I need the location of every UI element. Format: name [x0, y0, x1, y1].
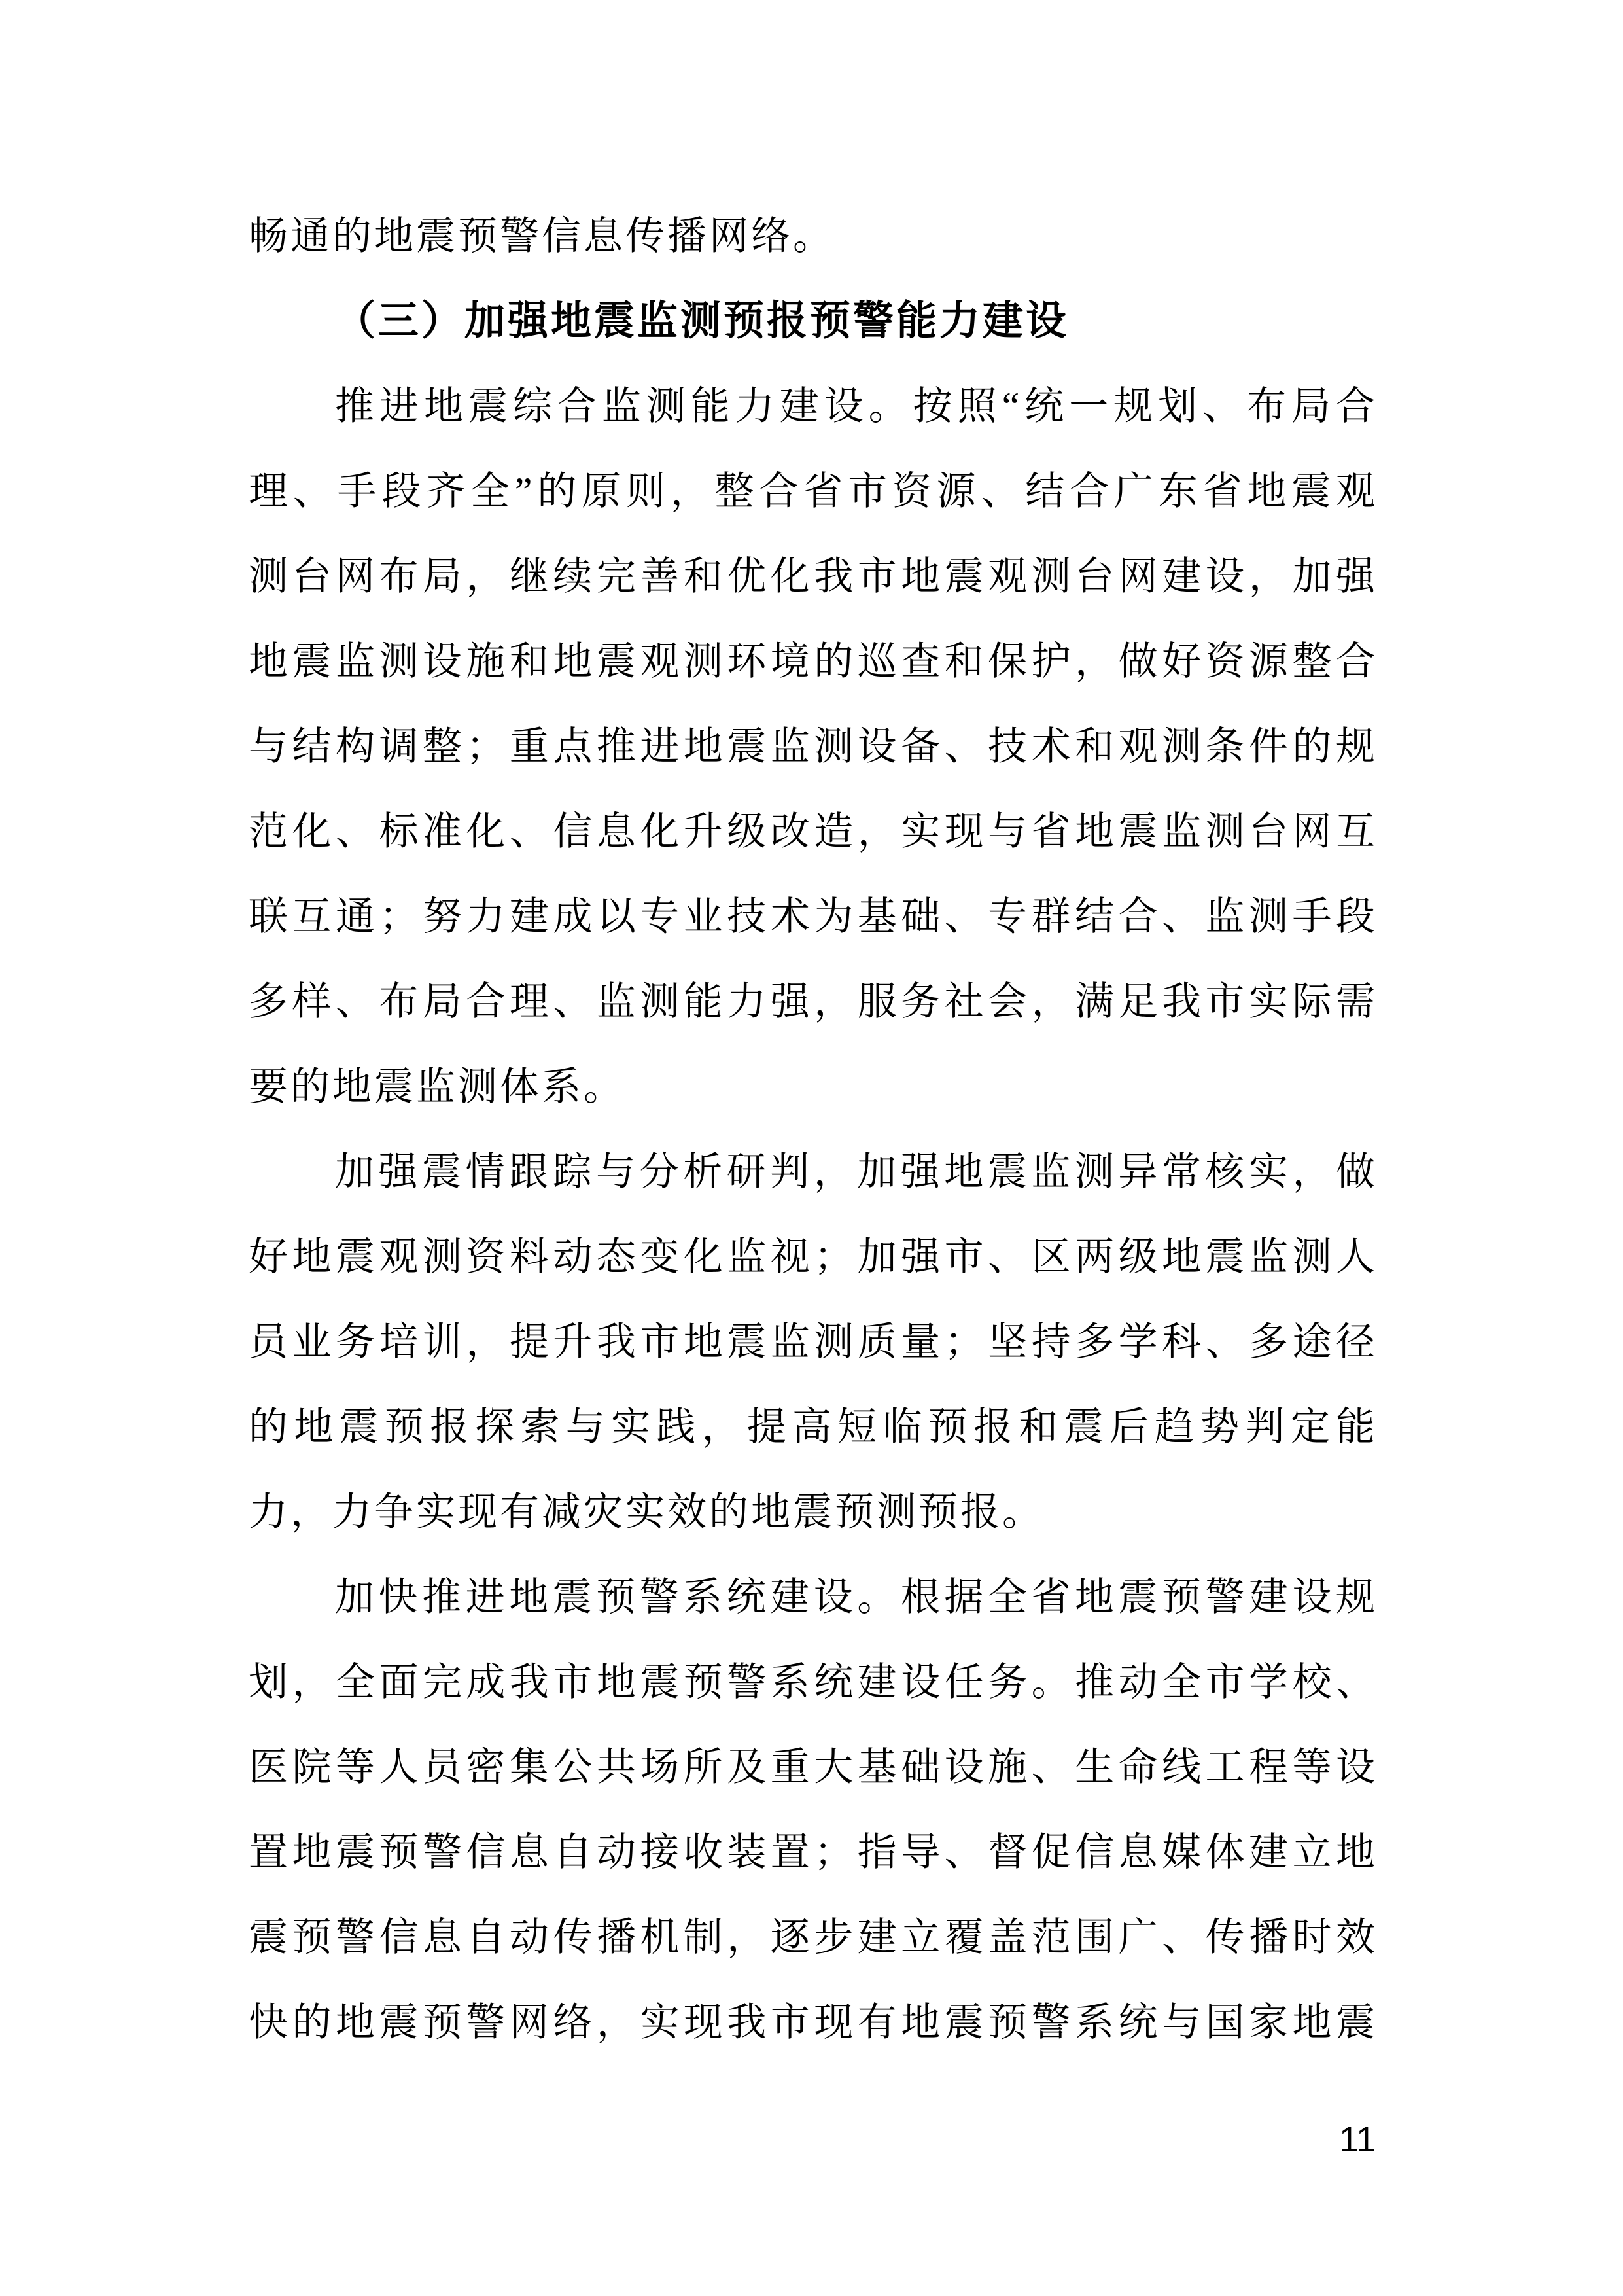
document-page: 畅通的地震预警信息传播网络。（三）加强地震监测预报预警能力建设推进地震综合监测能…: [0, 0, 1623, 2296]
text-line: 医院等人员密集公共场所及重大基础设施、生命线工程等设: [249, 1725, 1378, 1810]
text-line: 测台网布局，继续完善和优化我市地震观测台网建设，加强: [249, 534, 1378, 619]
text-line: 力，力争实现有减灾实效的地震预测预报。: [249, 1470, 1378, 1555]
text-line: 划，全面完成我市地震预警系统建设任务。推动全市学校、: [249, 1640, 1378, 1725]
page-number: 11: [1339, 2120, 1376, 2159]
text-line: 推进地震综合监测能力建设。按照“统一规划、布局合: [249, 364, 1378, 449]
text-line: 联互通；努力建成以专业技术为基础、专群结合、监测手段: [249, 874, 1378, 959]
text-line: 地震监测设施和地震观测环境的巡查和保护，做好资源整合: [249, 619, 1378, 704]
text-line: 理、手段齐全”的原则，整合省市资源、结合广东省地震观: [249, 449, 1378, 534]
text-line: 畅通的地震预警信息传播网络。: [249, 194, 1378, 279]
text-line: 要的地震监测体系。: [249, 1044, 1378, 1129]
text-line: 置地震预警信息自动接收装置；指导、督促信息媒体建立地: [249, 1810, 1378, 1895]
text-line: 震预警信息自动传播机制，逐步建立覆盖范围广、传播时效: [249, 1895, 1378, 1980]
text-line: 加快推进地震预警系统建设。根据全省地震预警建设规: [249, 1555, 1378, 1640]
text-line: 多样、布局合理、监测能力强，服务社会，满足我市实际需: [249, 959, 1378, 1044]
text-line: 员业务培训，提升我市地震监测质量；坚持多学科、多途径: [249, 1299, 1378, 1385]
text-line: 的地震预报探索与实践，提高短临预报和震后趋势判定能: [249, 1385, 1378, 1470]
section-heading: （三）加强地震监测预报预警能力建设: [249, 279, 1378, 364]
text-line: 快的地震预警网络，实现我市现有地震预警系统与国家地震: [249, 1980, 1378, 2065]
text-line: 加强震情跟踪与分析研判，加强地震监测异常核实，做: [249, 1129, 1378, 1214]
text-block: 畅通的地震预警信息传播网络。（三）加强地震监测预报预警能力建设推进地震综合监测能…: [249, 194, 1378, 2065]
text-line: 范化、标准化、信息化升级改造，实现与省地震监测台网互: [249, 789, 1378, 874]
text-line: 好地震观测资料动态变化监视；加强市、区两级地震监测人: [249, 1214, 1378, 1299]
text-line: 与结构调整；重点推进地震监测设备、技术和观测条件的规: [249, 704, 1378, 789]
